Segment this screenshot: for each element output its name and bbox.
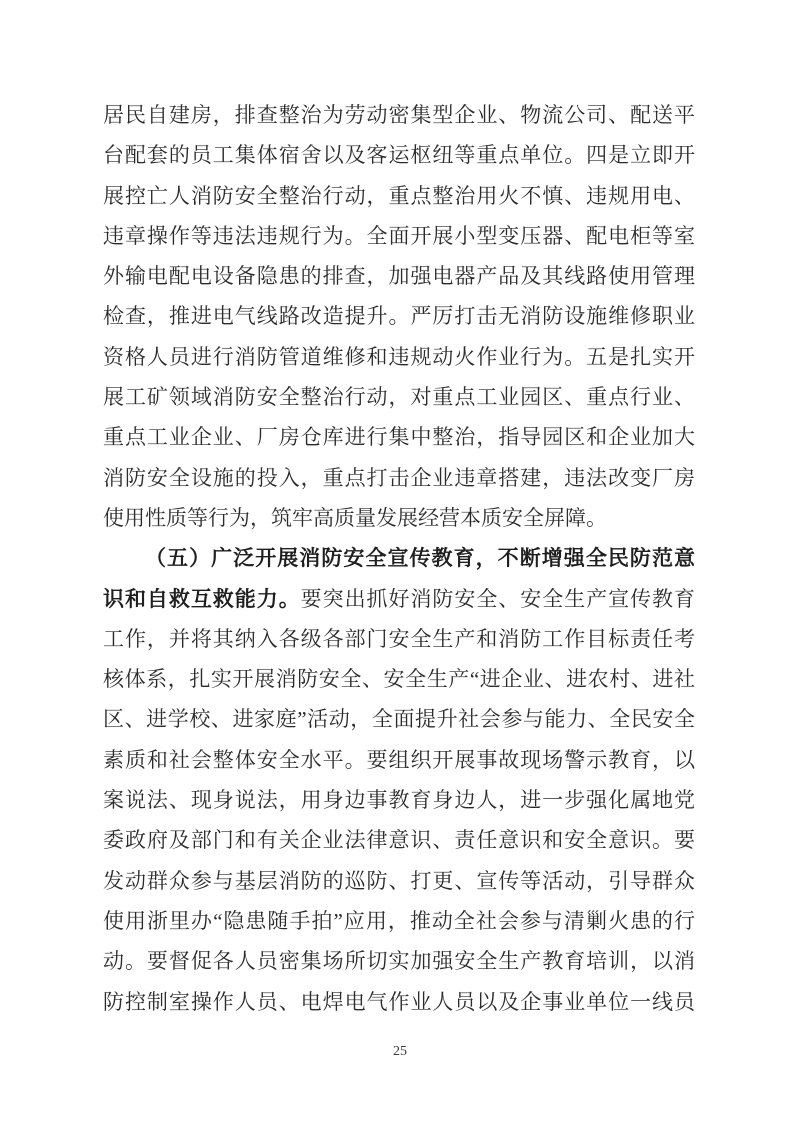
line-text: 区、进学校、进家庭”活动，全面提升社会参与能力、全民安全 bbox=[103, 707, 695, 731]
text-line: 素质和社会整体安全水平。要组织开展事故现场警示教育，以 bbox=[103, 740, 695, 780]
line-text: 违章操作等违法违规行为。全面开展小型变压器、配电柜等室 bbox=[103, 224, 695, 248]
text-line: 消防安全设施的投入，重点打击企业违章搭建，违法改变厂房 bbox=[103, 458, 695, 498]
text-line: 展工矿领域消防安全整治行动，对重点工业园区、重点行业、 bbox=[103, 377, 695, 417]
text-line: 违章操作等违法违规行为。全面开展小型变压器、配电柜等室 bbox=[103, 216, 695, 256]
text-line: （五）广泛开展消防安全宣传教育，不断增强全民防范意 bbox=[103, 538, 695, 578]
line-text: 工作，并将其纳入各级各部门安全生产和消防工作目标责任考 bbox=[103, 627, 695, 651]
line-bold-text: 识和自救互救能力。 bbox=[103, 587, 301, 611]
line-text: 动。要督促各人员密集场所切实加强安全生产教育培训，以消 bbox=[103, 949, 695, 973]
text-line: 防控制室操作人员、电焊电气作业人员以及企事业单位一线员 bbox=[103, 982, 695, 1022]
line-text: 消防安全设施的投入，重点打击企业违章搭建，违法改变厂房 bbox=[103, 466, 695, 490]
text-line: 动。要督促各人员密集场所切实加强安全生产教育培训，以消 bbox=[103, 941, 695, 981]
line-text: 展控亡人消防安全整治行动，重点整治用火不慎、违规用电、 bbox=[103, 184, 695, 208]
line-text: 核体系，扎实开展消防安全、安全生产“进企业、进农村、进社 bbox=[103, 667, 695, 691]
line-text: 重点工业企业、厂房仓库进行集中整治，指导园区和企业加大 bbox=[103, 425, 695, 449]
line-text: 使用浙里办“隐患随手拍”应用，推动全社会参与清剿火患的行 bbox=[103, 909, 695, 933]
line-text: 外输电配电设备隐患的排查，加强电器产品及其线路使用管理 bbox=[103, 264, 695, 288]
line-text: 素质和社会整体安全水平。要组织开展事故现场警示教育，以 bbox=[103, 748, 695, 772]
text-line: 发动群众参与基层消防的巡防、打更、宣传等活动，引导群众 bbox=[103, 861, 695, 901]
text-line: 使用性质等行为，筑牢高质量发展经营本质安全屏障。 bbox=[103, 498, 695, 538]
text-line: 外输电配电设备隐患的排查，加强电器产品及其线路使用管理 bbox=[103, 256, 695, 296]
text-line: 资格人员进行消防管道维修和违规动火作业行为。五是扎实开 bbox=[103, 337, 695, 377]
line-bold-text: （五）广泛开展消防安全宣传教育，不断增强全民防范意 bbox=[145, 546, 695, 570]
text-line: 区、进学校、进家庭”活动，全面提升社会参与能力、全民安全 bbox=[103, 699, 695, 739]
line-text: 案说法、现身说法，用身边事教育身边人，进一步强化属地党 bbox=[103, 788, 695, 812]
text-line: 委政府及部门和有关企业法律意识、责任意识和安全意识。要 bbox=[103, 820, 695, 860]
line-text: 使用性质等行为，筑牢高质量发展经营本质安全屏障。 bbox=[103, 506, 607, 530]
page-number: 25 bbox=[0, 1044, 800, 1060]
line-text: 委政府及部门和有关企业法律意识、责任意识和安全意识。要 bbox=[103, 828, 695, 852]
text-line: 核体系，扎实开展消防安全、安全生产“进企业、进农村、进社 bbox=[103, 659, 695, 699]
text-line: 案说法、现身说法，用身边事教育身边人，进一步强化属地党 bbox=[103, 780, 695, 820]
line-text: 发动群众参与基层消防的巡防、打更、宣传等活动，引导群众 bbox=[103, 869, 695, 893]
text-line: 检查，推进电气线路改造提升。严厉打击无消防设施维修职业 bbox=[103, 296, 695, 336]
line-text: 台配套的员工集体宿舍以及客运枢纽等重点单位。四是立即开 bbox=[103, 143, 695, 167]
text-line: 展控亡人消防安全整治行动，重点整治用火不慎、违规用电、 bbox=[103, 176, 695, 216]
text-line: 使用浙里办“隐患随手拍”应用，推动全社会参与清剿火患的行 bbox=[103, 901, 695, 941]
line-text: 居民自建房，排查整治为劳动密集型企业、物流公司、配送平 bbox=[103, 103, 695, 127]
text-line: 重点工业企业、厂房仓库进行集中整治，指导园区和企业加大 bbox=[103, 417, 695, 457]
line-text: 防控制室操作人员、电焊电气作业人员以及企事业单位一线员 bbox=[103, 990, 695, 1014]
document-page: 居民自建房，排查整治为劳动密集型企业、物流公司、配送平台配套的员工集体宿舍以及客… bbox=[0, 0, 800, 1130]
text-line: 识和自救互救能力。要突出抓好消防安全、安全生产宣传教育 bbox=[103, 579, 695, 619]
line-text: 检查，推进电气线路改造提升。严厉打击无消防设施维修职业 bbox=[103, 304, 695, 328]
line-text: 展工矿领域消防安全整治行动，对重点工业园区、重点行业、 bbox=[103, 385, 695, 409]
document-text-block: 居民自建房，排查整治为劳动密集型企业、物流公司、配送平台配套的员工集体宿舍以及客… bbox=[103, 95, 695, 1022]
text-line: 工作，并将其纳入各级各部门安全生产和消防工作目标责任考 bbox=[103, 619, 695, 659]
text-line: 居民自建房，排查整治为劳动密集型企业、物流公司、配送平 bbox=[103, 95, 695, 135]
line-text: 资格人员进行消防管道维修和违规动火作业行为。五是扎实开 bbox=[103, 345, 695, 369]
text-line: 台配套的员工集体宿舍以及客运枢纽等重点单位。四是立即开 bbox=[103, 135, 695, 175]
line-text: 要突出抓好消防安全、安全生产宣传教育 bbox=[301, 587, 695, 611]
